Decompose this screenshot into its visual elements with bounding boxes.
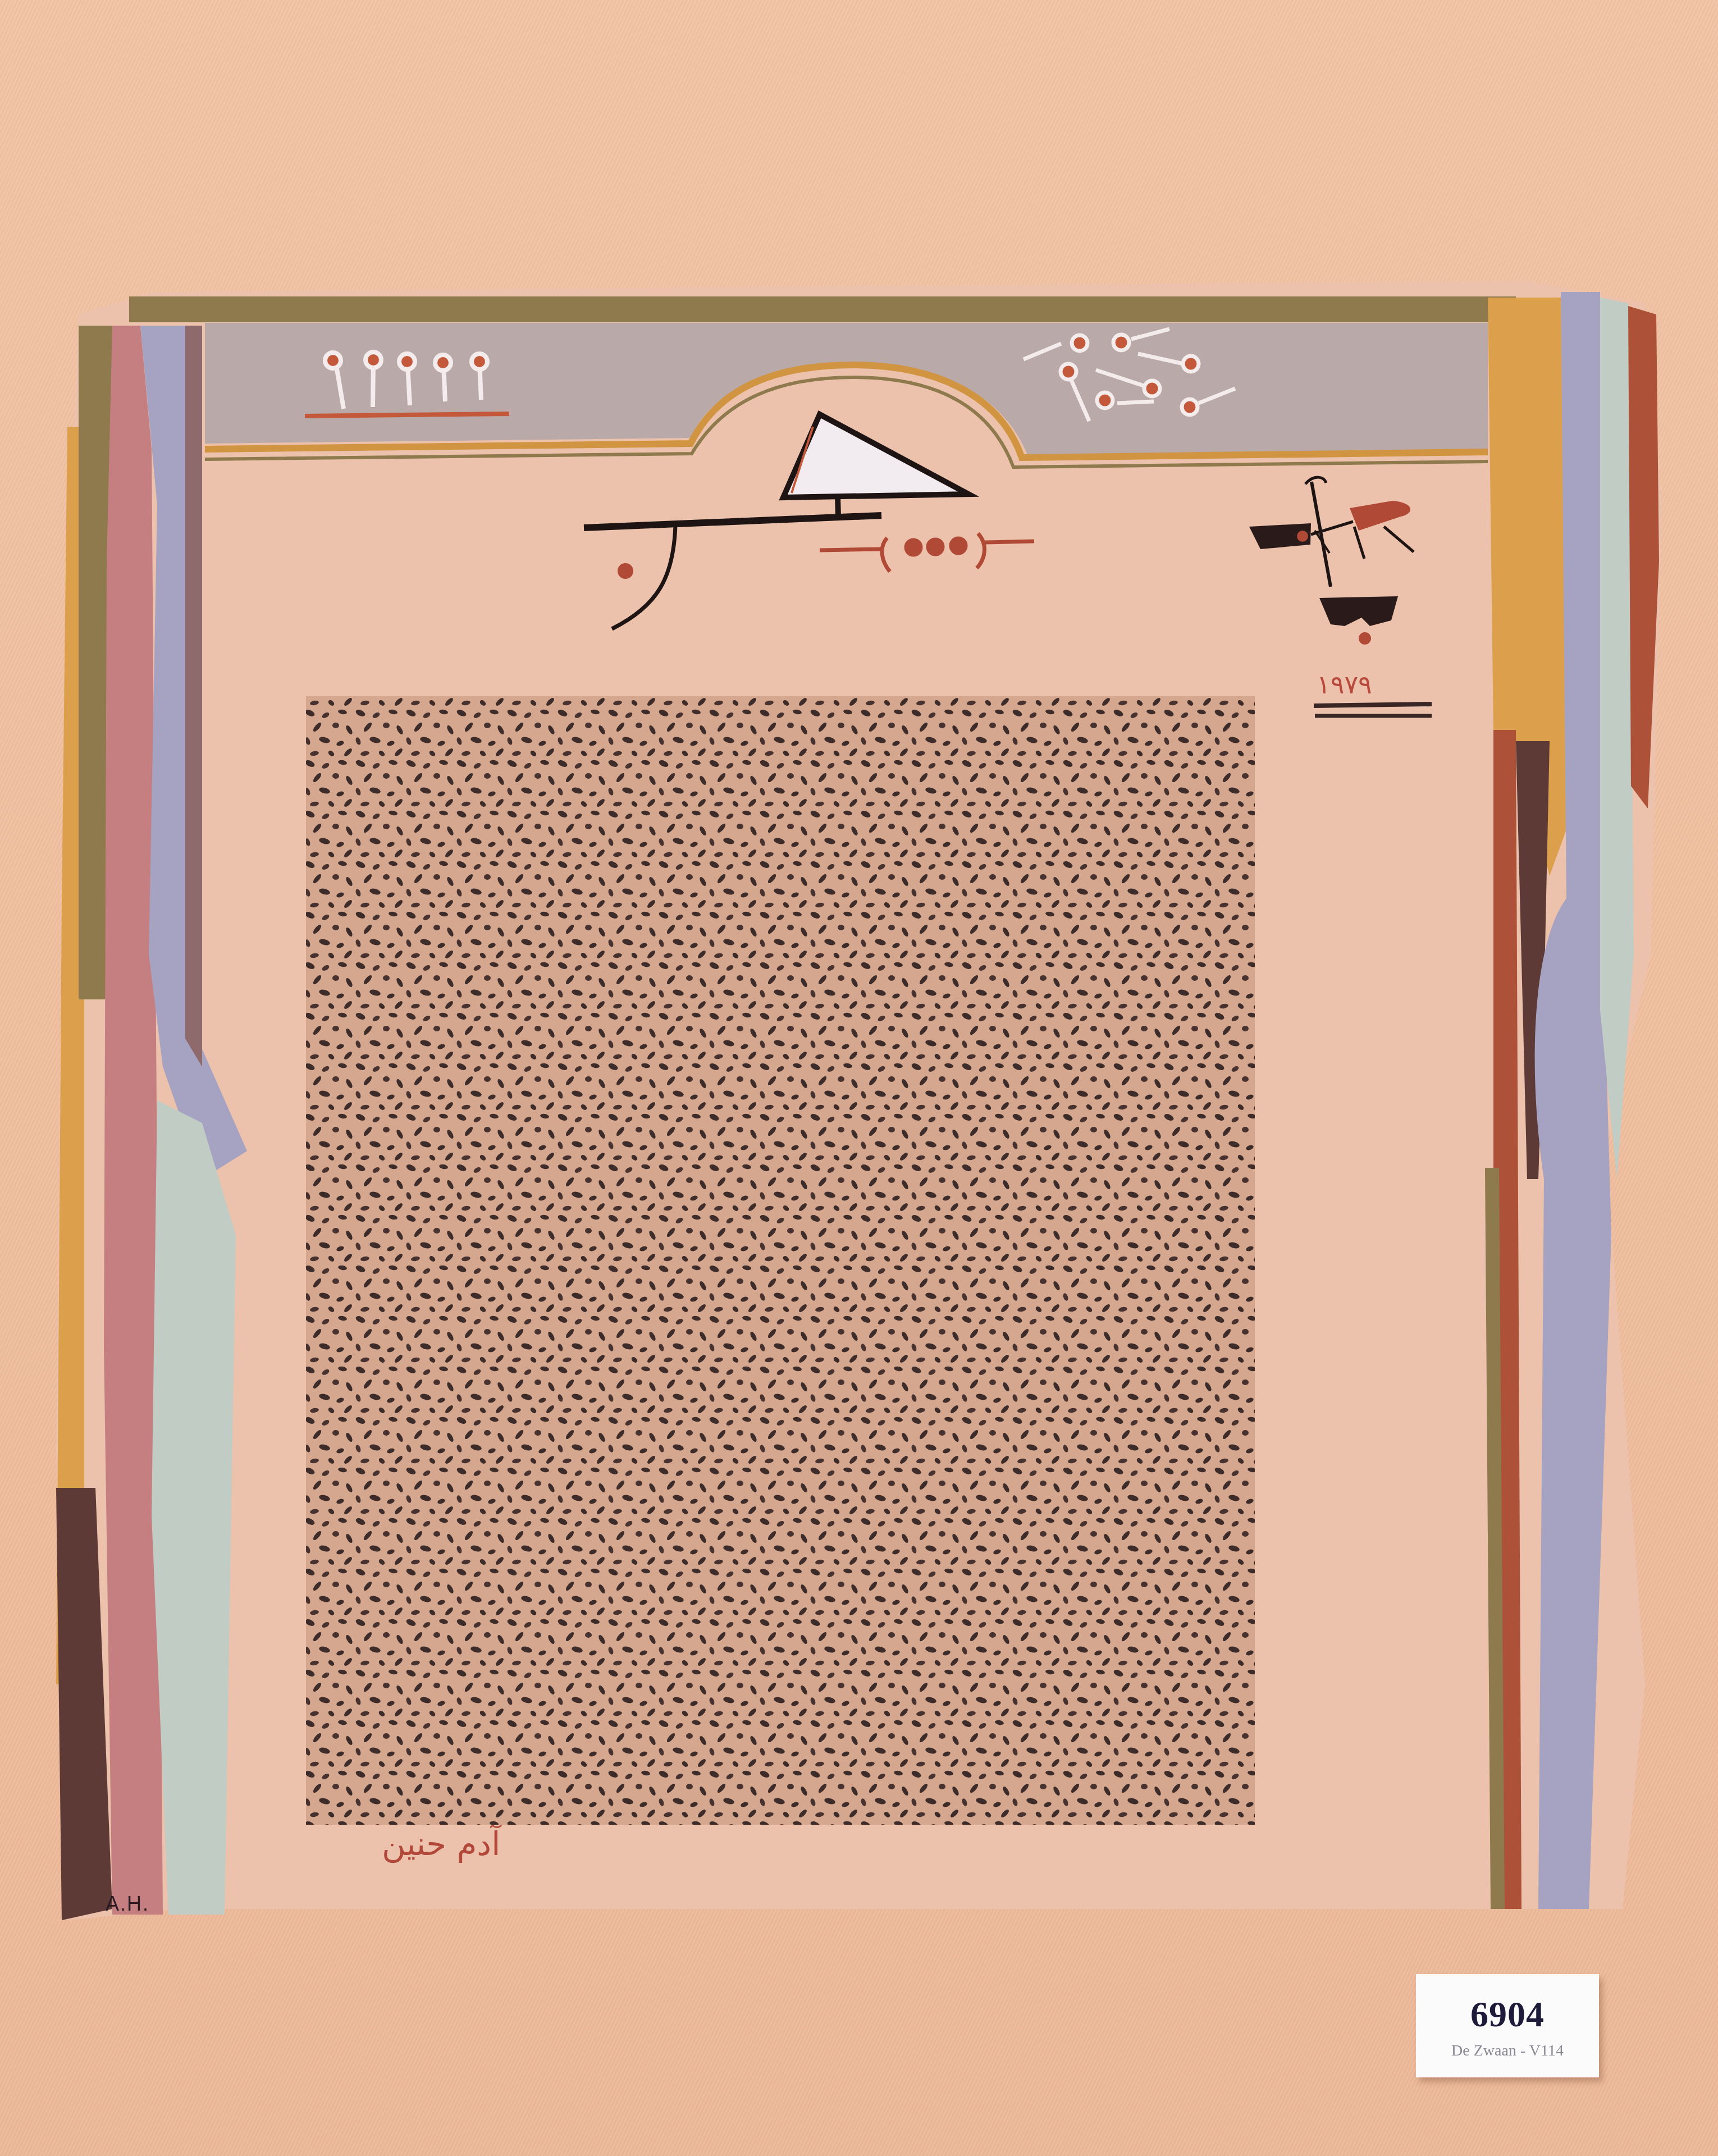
lot-label: 6904 De Zwaan - V114 [1416,1974,1599,2077]
left-band-pale-green [152,1100,236,1915]
artist-signature-arabic: آدم حنين [382,1825,500,1863]
lot-source: De Zwaan - V114 [1416,2043,1599,2059]
lot-number: 6904 [1416,1997,1599,2032]
painting-date: ١٩٧٩ [1317,669,1372,700]
speckled-field [306,696,1255,1825]
papyrus-artwork [0,0,1718,2156]
left-band-mauve [185,326,202,1067]
artist-initials: A.H. [106,1892,149,1916]
